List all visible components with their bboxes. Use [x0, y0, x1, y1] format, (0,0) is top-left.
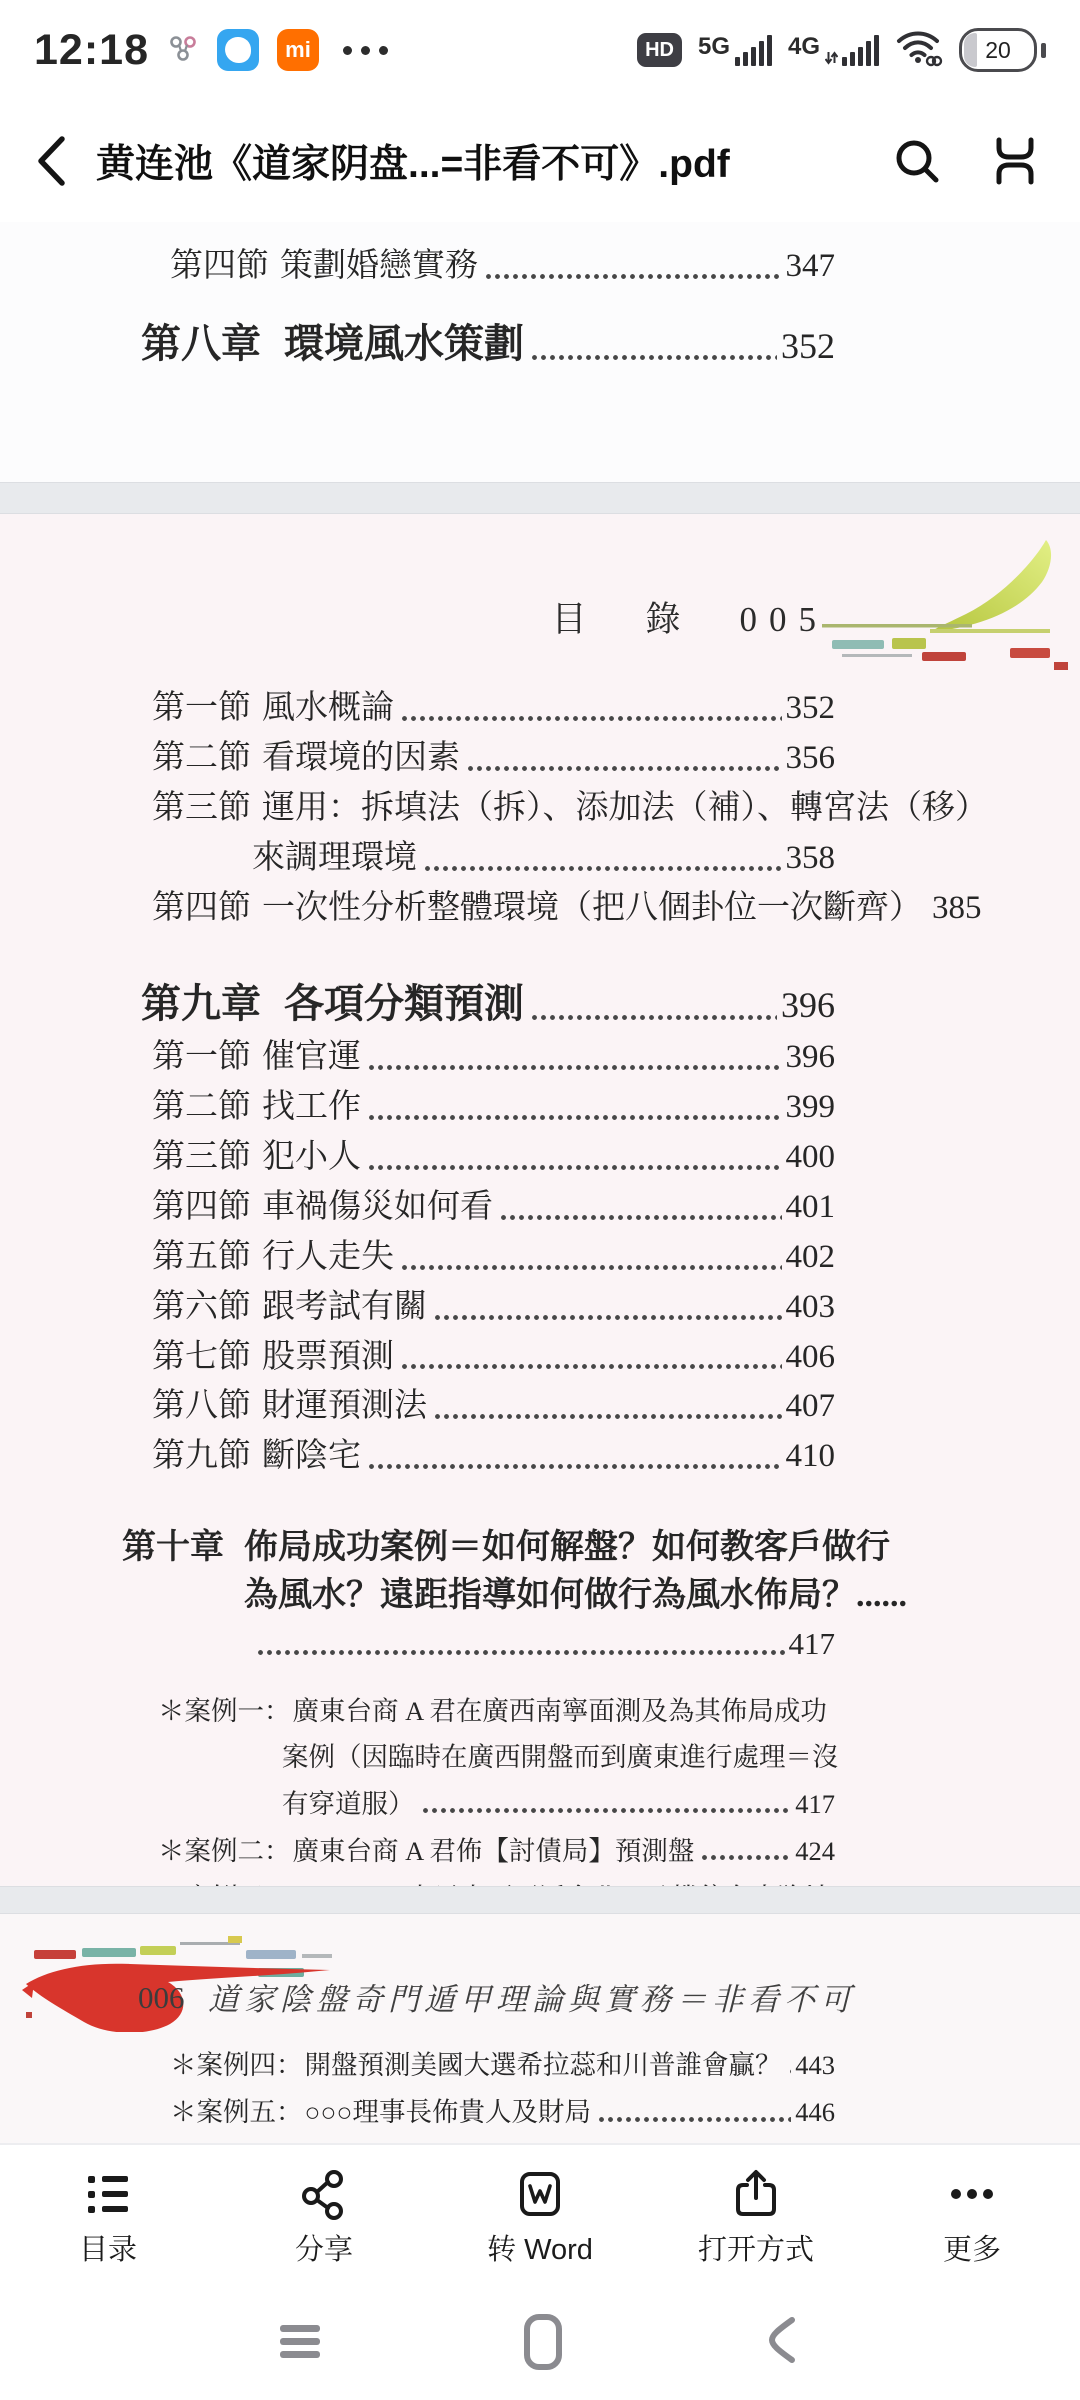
app-header: 黄连池《道家阴盘...=非看不可》.pdf: [0, 100, 1080, 222]
pdf-page-4-fragment: 第四節策劃婚戀實務347第八章環境風水策劃352: [0, 222, 1080, 482]
toolbar-share-button[interactable]: 分享: [216, 2145, 432, 2288]
toolbar-label: 打开方式: [698, 2236, 814, 2265]
toc-row: 第九章各項分類預測396: [0, 980, 1080, 1027]
more-icon: [946, 2168, 998, 2225]
toolbar-label: 更多: [943, 2236, 1001, 2265]
recents-button[interactable]: [272, 2312, 328, 2368]
page-number-006: 006: [138, 1980, 185, 2016]
document-title: 黄连池《道家阴盘...=非看不可》.pdf: [96, 133, 892, 189]
pdf-reader-screen: 12:18 mi HD 5G 4G: [0, 0, 1080, 2400]
toc-row: 第十章佈局成功案例＝如何解盤？如何教客戶做行: [0, 1528, 1080, 1568]
toolbar-toc-button[interactable]: 目录: [0, 2145, 216, 2288]
pdf-page-6: 006 道家陰盤奇門遁甲理論與實務＝非看不可 ＊案例四：開盤預測美國大選希拉蕊和…: [0, 1914, 1080, 2143]
bottom-toolbar: 目录 分享 转 Word: [0, 2143, 1080, 2288]
toolbar-label: 分享: [295, 2236, 353, 2265]
toc-row: 第二節找工作399: [0, 1088, 1080, 1127]
toc-row: 有穿道服）417: [0, 1789, 1080, 1820]
toc-row: 第四節一次性分析整體環境（把八個卦位一次斷齊）385: [0, 889, 1080, 928]
toolbar-open-with-button[interactable]: 打开方式: [648, 2145, 864, 2288]
clock: 12:18: [34, 26, 149, 75]
toolbar-convert-word-button[interactable]: 转 Word: [432, 2145, 648, 2288]
toc-row: 第三節犯小人400: [0, 1138, 1080, 1177]
toolbar-more-button[interactable]: 更多: [864, 2145, 1080, 2288]
toc-row: 第四節車禍傷災如何看401: [0, 1188, 1080, 1227]
toc-row: 第三節運用：拆填法（拆）、添加法（補）、轉宮法（移）: [0, 789, 1080, 828]
pdf-scroll-area[interactable]: 第四節策劃婚戀實務347第八章環境風水策劃352 目 錄 005: [0, 222, 1080, 2143]
nav-back-button[interactable]: [760, 2312, 800, 2368]
toc-row: 案例（因臨時在廣西開盤而到廣東進行處理＝沒: [0, 1742, 1080, 1773]
messenger-app-icon: [217, 29, 259, 71]
page-divider: [0, 1886, 1080, 1914]
toc-list-icon: [82, 2168, 134, 2225]
toc-row: 第一節風水概論352: [0, 689, 1080, 728]
toc-row: ＊案例五：○○○理事長佈貴人及財局446: [0, 2097, 1080, 2128]
toc-row: ＊案例四：開盤預測美國大選希拉蕊和川普誰會贏？443: [0, 2050, 1080, 2081]
home-button[interactable]: [515, 2312, 571, 2372]
header-corner-decoration: 006 道家陰盤奇門遁甲理論與實務＝非看不可: [0, 1914, 1080, 2034]
signal-5g-icon: 5G: [698, 35, 772, 66]
floating-window-button[interactable]: [990, 136, 1040, 186]
toc-row: ＊案例一：廣東台商 A 君在廣西南寧面測及為其佈局成功: [0, 1696, 1080, 1727]
toc-row: 第六節跟考試有關403: [0, 1288, 1080, 1327]
toc-row: 第八節財運預測法407: [0, 1387, 1080, 1426]
android-nav-bar: [0, 2288, 1080, 2400]
toc-row: 第九節斷陰宅410: [0, 1437, 1080, 1476]
toc-row: 417: [0, 1626, 1080, 1663]
convert-word-icon: [514, 2168, 566, 2225]
toc-row: ＊案例三：2016/9/29 由馬來西亞返台北，飛機停在吉隆坡: [0, 1883, 1080, 1886]
toc-row: 第八章環境風水策劃352: [0, 320, 1080, 367]
toc-row: 第二節看環境的因素356: [0, 739, 1080, 778]
more-notifications-icon: [343, 46, 388, 55]
battery-icon: 20: [959, 28, 1046, 72]
status-bar: 12:18 mi HD 5G 4G: [0, 0, 1080, 100]
toolbar-label: 目录: [79, 2236, 137, 2265]
toc-row: 第四節策劃婚戀實務347: [0, 247, 1080, 286]
share-icon: [298, 2168, 350, 2225]
toolbar-label: 转 Word: [487, 2236, 593, 2265]
hd-volte-icon: HD: [637, 33, 682, 67]
signal-4g-icon: 4G: [788, 35, 879, 66]
xiaomi-app-icon: mi: [277, 29, 319, 71]
toc-corner-label: 目 錄 005: [551, 592, 828, 642]
back-button[interactable]: [34, 135, 68, 187]
pdf-page-5: 目 錄 005: [0, 514, 1080, 1886]
toc-row: 第七節股票預測406: [0, 1338, 1080, 1377]
toc-row: 來調理環境358: [0, 839, 1080, 878]
wifi-icon: [895, 28, 943, 73]
toc-row: ＊案例二：廣東台商 A 君佈【討債局】預測盤424: [0, 1836, 1080, 1867]
toc-row: 第一節催官運396: [0, 1038, 1080, 1077]
toc-corner-decoration: 目 錄 005: [0, 514, 1080, 676]
toc-row: 第五節行人走失402: [0, 1238, 1080, 1277]
open-with-icon: [730, 2168, 782, 2225]
running-book-title: 道家陰盤奇門遁甲理論與實務＝非看不可: [208, 1974, 856, 2019]
toc-row: 為風水？遠距指導如何做行為風水佈局？......: [0, 1576, 1080, 1616]
search-button[interactable]: [892, 136, 942, 186]
page-divider: [0, 482, 1080, 514]
green-swoosh-icon: [822, 536, 1072, 671]
share-notification-icon: [167, 32, 199, 69]
